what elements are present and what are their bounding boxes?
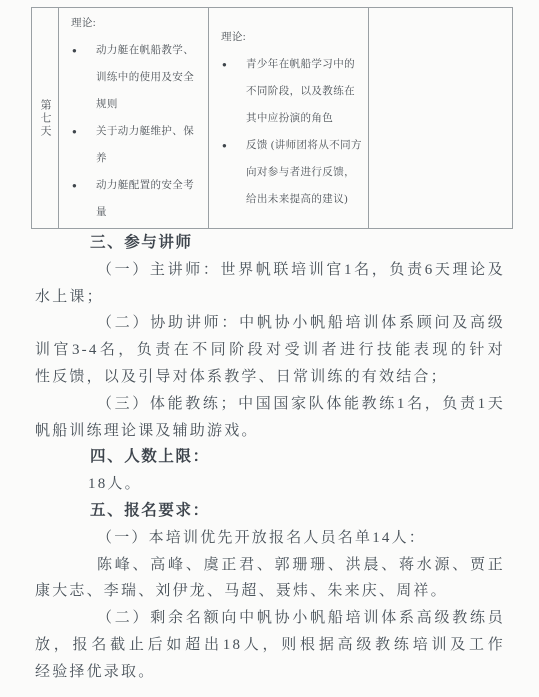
theory-label: 理论:: [221, 24, 364, 51]
body-line: 康大志、李瑞、刘伊龙、马超、聂炜、朱来庆、周祥。: [35, 578, 505, 605]
body-line: 经验择优录取。: [35, 659, 505, 686]
bullet-icon: ●: [222, 132, 227, 159]
bullet-item: ● 青少年在帆船学习中的不同阶段，以及教练在其中应扮演的角色: [221, 51, 364, 132]
day-label: 第七天: [37, 99, 53, 138]
day-cell: 第七天: [32, 8, 59, 229]
body-line: 训官3-4名，负责在不同阶段对受训者进行技能表现的针对: [35, 337, 505, 364]
bullet-text: 关于动力艇维护、保养: [96, 126, 194, 164]
bullet-icon: ●: [222, 51, 227, 78]
section-heading-3: 三、参与讲师: [35, 230, 505, 257]
bullet-text: 动力艇在帆船教学、训练中的使用及安全规则: [96, 45, 194, 110]
notes-cell: [369, 8, 513, 229]
theory-left-cell: 理论: ● 动力艇在帆船教学、训练中的使用及安全规则 ● 关于动力艇维护、保养 …: [59, 8, 209, 229]
theory-right-cell: 理论: ● 青少年在帆船学习中的不同阶段，以及教练在其中应扮演的角色 ● 反馈 …: [209, 8, 369, 229]
table-row: 第七天 理论: ● 动力艇在帆船教学、训练中的使用及安全规则 ● 关于动力艇维护…: [32, 8, 513, 229]
body-line: （二）剩余名额向中帆协小帆船培训体系高级教练员开: [35, 605, 505, 632]
bullet-icon: ●: [72, 118, 77, 145]
body-line: 放，报名截止后如超出18人，则根据高级教练培训及工作: [35, 632, 505, 659]
body-line: （一）主讲师：世界帆联培训官1名，负责6天理论及: [35, 257, 505, 284]
bullet-text: 青少年在帆船学习中的不同阶段，以及教练在其中应扮演的角色: [246, 59, 355, 124]
document-page: 第七天 理论: ● 动力艇在帆船教学、训练中的使用及安全规则 ● 关于动力艇维护…: [0, 0, 539, 697]
schedule-table: 第七天 理论: ● 动力艇在帆船教学、训练中的使用及安全规则 ● 关于动力艇维护…: [31, 7, 513, 229]
bullet-text: 动力艇配置的安全考量: [96, 180, 194, 218]
body-line: 帆船训练理论课及辅助游戏。: [35, 418, 505, 445]
bullet-item: ● 反馈 (讲师团将从不同方向对参与者进行反馈，给出未来提高的建议): [221, 132, 364, 213]
bullet-item: ● 关于动力艇维护、保养: [71, 118, 204, 172]
body-line: （二）协助讲师：中帆协小帆船培训体系顾问及高级培: [35, 310, 505, 337]
theory-left-content: 理论: ● 动力艇在帆船教学、训练中的使用及安全规则 ● 关于动力艇维护、保养 …: [59, 8, 208, 228]
body-text: 三、参与讲师 （一）主讲师：世界帆联培训官1名，负责6天理论及 水上课； （二）…: [35, 230, 505, 686]
theory-right-content: 理论: ● 青少年在帆船学习中的不同阶段，以及教练在其中应扮演的角色 ● 反馈 …: [209, 22, 368, 215]
section-heading-4: 四、人数上限：: [35, 444, 505, 471]
bullet-item: ● 动力艇在帆船教学、训练中的使用及安全规则: [71, 37, 204, 118]
bullet-icon: ●: [72, 37, 77, 64]
body-line: 陈峰、高峰、虞正君、郭珊珊、洪晨、蒋水源、贾正业、: [35, 552, 505, 579]
bullet-text: 反馈 (讲师团将从不同方向对参与者进行反馈，给出未来提高的建议): [246, 140, 362, 205]
body-line: 水上课；: [35, 284, 505, 311]
theory-label: 理论:: [71, 10, 204, 37]
bullet-icon: ●: [72, 172, 77, 199]
body-line: 18人。: [35, 471, 505, 498]
body-line: 性反馈，以及引导对体系教学、日常训练的有效结合；: [35, 364, 505, 391]
bullet-item: ● 动力艇配置的安全考量: [71, 172, 204, 226]
section-heading-5: 五、报名要求：: [35, 498, 505, 525]
body-line: （一）本培训优先开放报名人员名单14人：: [35, 525, 505, 552]
body-line: （三）体能教练；中国国家队体能教练1名，负责1天: [35, 391, 505, 418]
